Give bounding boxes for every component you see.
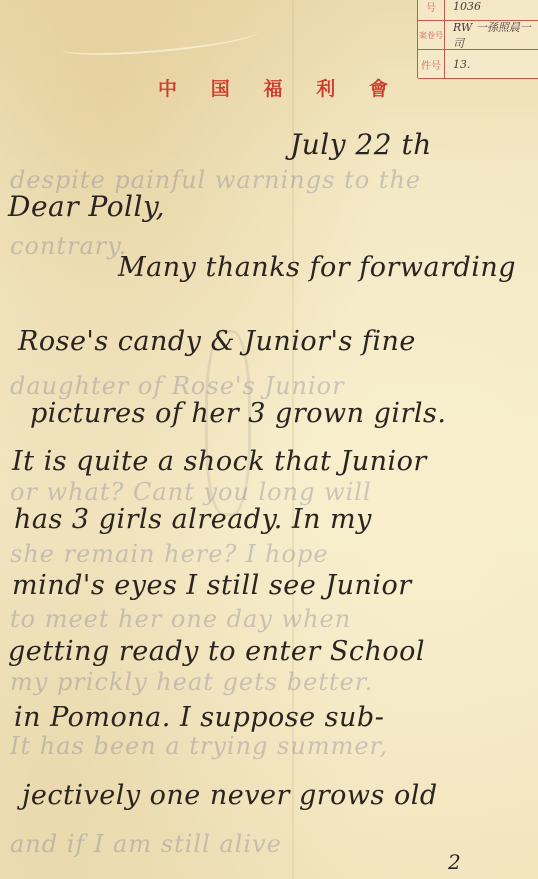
letter-line: Rose's candy & Junior's fine: [18, 326, 416, 357]
stamp-value: 13.: [445, 58, 538, 71]
letter-line: has 3 girls already. In my: [14, 504, 372, 535]
stamp-row-file: 案卷号 RW 一孫照晨一司: [418, 21, 538, 50]
letterhead-char: 中: [158, 74, 177, 101]
letterhead-char: 會: [369, 74, 388, 101]
bleed-through-line: and if I am still alive: [10, 830, 282, 858]
stamp-key: 件号: [418, 50, 445, 78]
letter-line: in Pomona. I suppose sub-: [14, 702, 384, 733]
stamp-row-item: 件号 13.: [418, 50, 538, 79]
letterhead-char: 福: [263, 74, 282, 101]
stamp-row-number: 号 1036: [418, 0, 538, 21]
letterhead: 中 国 福 利 會: [158, 74, 388, 101]
bleed-through-line: or what? Cant you long will: [10, 478, 372, 506]
letter-date: July 22 th: [290, 128, 432, 161]
letter-line: It is quite a shock that Junior: [12, 446, 427, 477]
bleed-through-line: contrary.: [10, 232, 127, 260]
bleed-through-line: daughter of Rose's Junior: [10, 372, 345, 400]
stamp-value: RW 一孫照晨一司: [445, 19, 538, 51]
letter-line: mind's eyes I still see Junior: [12, 570, 412, 601]
letter-page: 号 1036 案卷号 RW 一孫照晨一司 件号 13. 中 国 福 利 會 de…: [0, 0, 538, 879]
letterhead-char: 国: [211, 74, 230, 101]
letter-line: pictures of her 3 grown girls.: [30, 398, 446, 429]
stamp-key: 号: [418, 0, 445, 20]
bleed-through-line: she remain here? I hope: [10, 540, 329, 568]
stamp-key: 案卷号: [418, 21, 445, 49]
bleed-through-line: my prickly heat gets better.: [10, 668, 373, 696]
letter-line: jectively one never grows old: [22, 780, 438, 811]
letterhead-char: 利: [316, 74, 335, 101]
bleed-through-line: It has been a trying summer,: [10, 732, 388, 760]
archive-stamp: 号 1036 案卷号 RW 一孫照晨一司 件号 13.: [417, 0, 538, 78]
letter-line: getting ready to enter School: [8, 636, 425, 667]
stamp-value: 1036: [445, 0, 538, 13]
bleed-through-line: to meet her one day when: [10, 605, 351, 633]
letter-salutation: Dear Polly,: [8, 190, 165, 223]
paper-crease: [59, 21, 260, 59]
letter-line: Many thanks for forwarding: [118, 252, 516, 283]
page-number: 2: [448, 850, 461, 874]
